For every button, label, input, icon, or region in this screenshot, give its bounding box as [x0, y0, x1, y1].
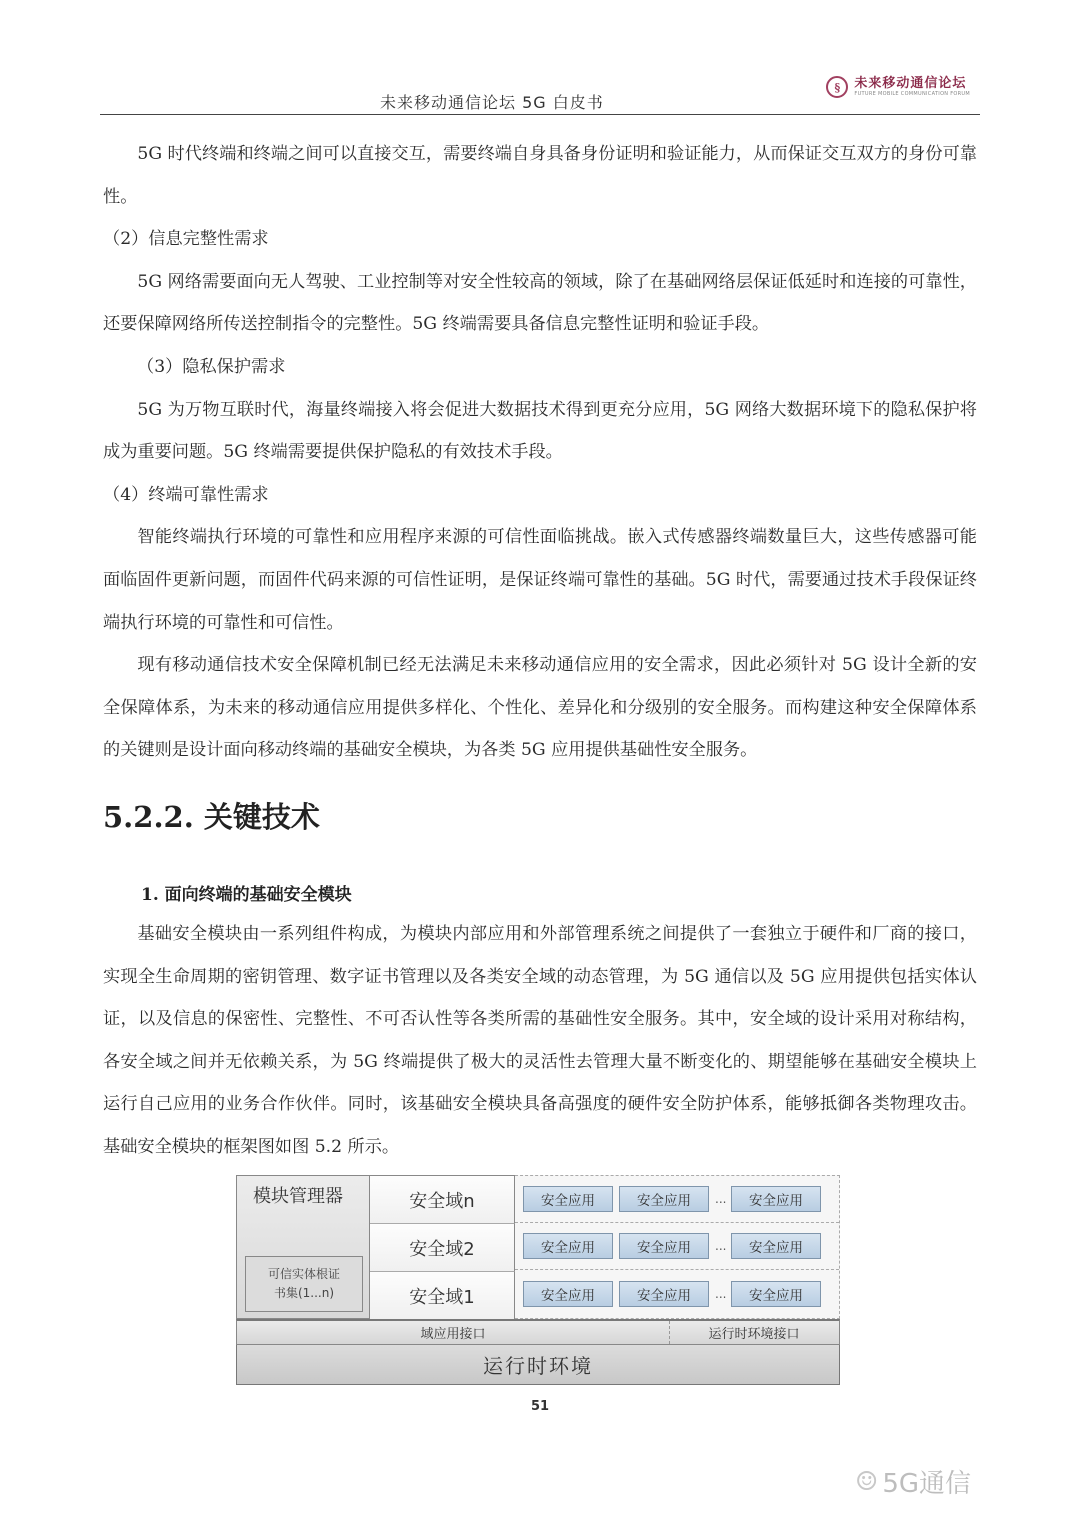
app-row-2: 安全应用 安全应用 ... 安全应用: [515, 1223, 839, 1270]
runtime-environment: 运行时环境: [236, 1345, 840, 1385]
forum-logo-icon: §: [826, 76, 848, 98]
interface-layer: 域应用接口 运行时环境接口: [236, 1319, 840, 1345]
ellipsis: ...: [715, 1192, 725, 1206]
domain-app-interface: 域应用接口: [237, 1321, 670, 1344]
cert-set-line2: 书集(1...n): [246, 1284, 362, 1303]
logo-cn-text: 未来移动通信论坛: [854, 77, 970, 91]
security-app: 安全应用: [619, 1186, 709, 1212]
ellipsis: ...: [715, 1239, 725, 1253]
subsection-title: 1. 面向终端的基础安全模块: [141, 880, 352, 905]
module-manager-label: 模块管理器: [253, 1182, 343, 1208]
heading-reliability: （4）终端可靠性需求: [103, 474, 977, 517]
domain-n: 安全域n: [370, 1176, 515, 1224]
paragraph: 5G 时代终端和终端之间可以直接交互，需要终端自身具备身份证明和验证能力，从而保…: [103, 133, 977, 218]
heading-privacy: （3）隐私保护需求: [103, 346, 977, 389]
paragraph: 智能终端执行环境的可靠性和应用程序来源的可信性面临挑战。嵌入式传感器终端数量巨大…: [103, 516, 977, 644]
header-title: 未来移动通信论坛 5G 白皮书: [380, 90, 604, 113]
security-app: 安全应用: [523, 1233, 613, 1259]
body-block-1: 5G 时代终端和终端之间可以直接交互，需要终端自身具备身份证明和验证能力，从而保…: [103, 133, 977, 772]
security-apps-area: 安全应用 安全应用 ... 安全应用 安全应用 安全应用 ... 安全应用 安全…: [515, 1175, 840, 1319]
app-row-n: 安全应用 安全应用 ... 安全应用: [515, 1176, 839, 1223]
paragraph: 5G 为万物互联时代，海量终端接入将会促进大数据技术得到更充分应用，5G 网络大…: [103, 389, 977, 474]
security-app: 安全应用: [731, 1281, 821, 1307]
cert-set-box: 可信实体根证 书集(1...n): [245, 1256, 363, 1312]
domain-2: 安全域2: [370, 1224, 515, 1272]
page-header: 未来移动通信论坛 5G 白皮书 § 未来移动通信论坛 FUTURE MOBILE…: [100, 72, 980, 115]
security-domains: 安全域n 安全域2 安全域1: [370, 1175, 515, 1319]
domain-1: 安全域1: [370, 1272, 515, 1320]
forum-logo: § 未来移动通信论坛 FUTURE MOBILE COMMUNICATION F…: [826, 76, 970, 98]
heading-integrity: （2）信息完整性需求: [103, 218, 977, 261]
runtime-interface: 运行时环境接口: [669, 1321, 839, 1344]
security-app: 安全应用: [523, 1186, 613, 1212]
security-module-diagram: 模块管理器 可信实体根证 书集(1...n) 安全域n 安全域2 安全域1 安全…: [236, 1175, 840, 1385]
page-number: 51: [531, 1399, 549, 1414]
module-manager-box: 模块管理器 可信实体根证 书集(1...n): [236, 1175, 370, 1319]
security-app: 安全应用: [523, 1281, 613, 1307]
section-title: 5.2.2. 关键技术: [103, 795, 320, 836]
paragraph: 现有移动通信技术安全保障机制已经无法满足未来移动通信应用的安全需求，因此必须针对…: [103, 644, 977, 772]
watermark: ☺ 5G通信: [855, 1463, 971, 1500]
app-row-1: 安全应用 安全应用 ... 安全应用: [515, 1270, 839, 1317]
watermark-text: 5G通信: [882, 1463, 971, 1500]
paragraph: 5G 网络需要面向无人驾驶、工业控制等对安全性较高的领域，除了在基础网络层保证低…: [103, 261, 977, 346]
paragraph: 基础安全模块由一系列组件构成，为模块内部应用和外部管理系统之间提供了一套独立于硬…: [103, 913, 977, 1169]
cert-set-line1: 可信实体根证: [246, 1265, 362, 1284]
security-app: 安全应用: [619, 1281, 709, 1307]
wechat-icon: ☺: [855, 1467, 878, 1497]
ellipsis: ...: [715, 1287, 725, 1301]
security-app: 安全应用: [731, 1186, 821, 1212]
body-block-2: 基础安全模块由一系列组件构成，为模块内部应用和外部管理系统之间提供了一套独立于硬…: [103, 913, 977, 1169]
security-app: 安全应用: [731, 1233, 821, 1259]
security-app: 安全应用: [619, 1233, 709, 1259]
logo-en-text: FUTURE MOBILE COMMUNICATION FORUM: [854, 91, 970, 98]
